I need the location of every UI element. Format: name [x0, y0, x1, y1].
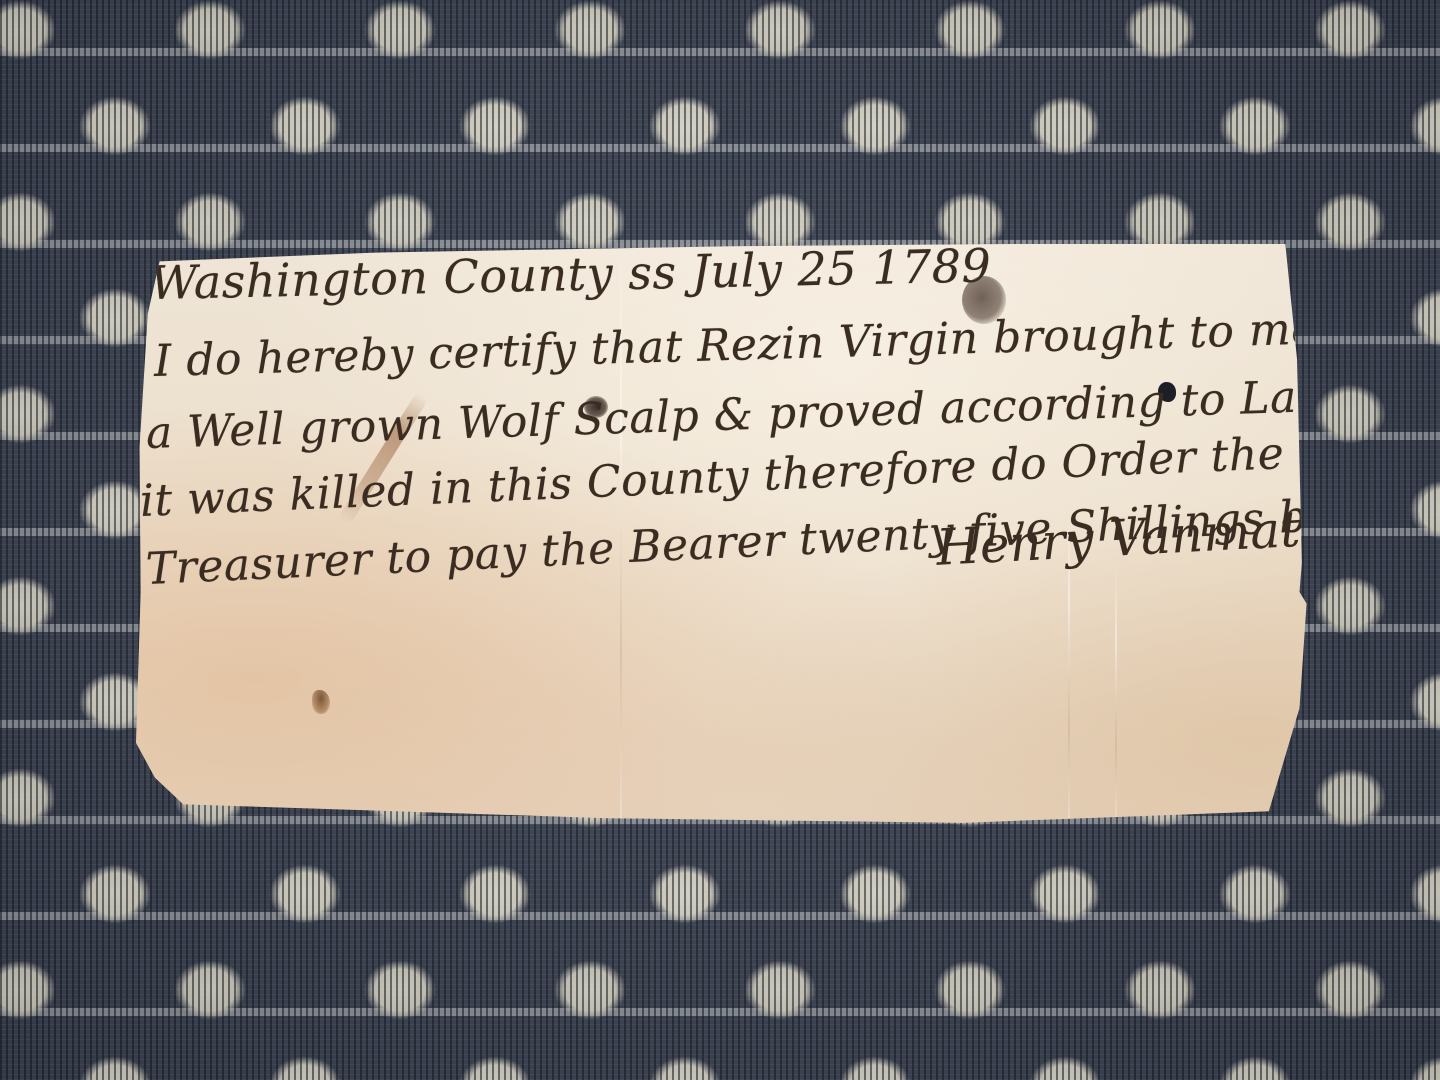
handwritten-text: Washington County ss July 25 1789 I do h… [136, 244, 1316, 824]
document-area: Washington County ss July 25 1789 I do h… [0, 0, 1440, 1080]
certificate-line-2: I do hereby certify that Rezin Virgin br… [153, 304, 1318, 387]
heading-line: Washington County ss July 25 1789 [149, 238, 991, 310]
aged-paper-certificate: Washington County ss July 25 1789 I do h… [136, 244, 1316, 824]
